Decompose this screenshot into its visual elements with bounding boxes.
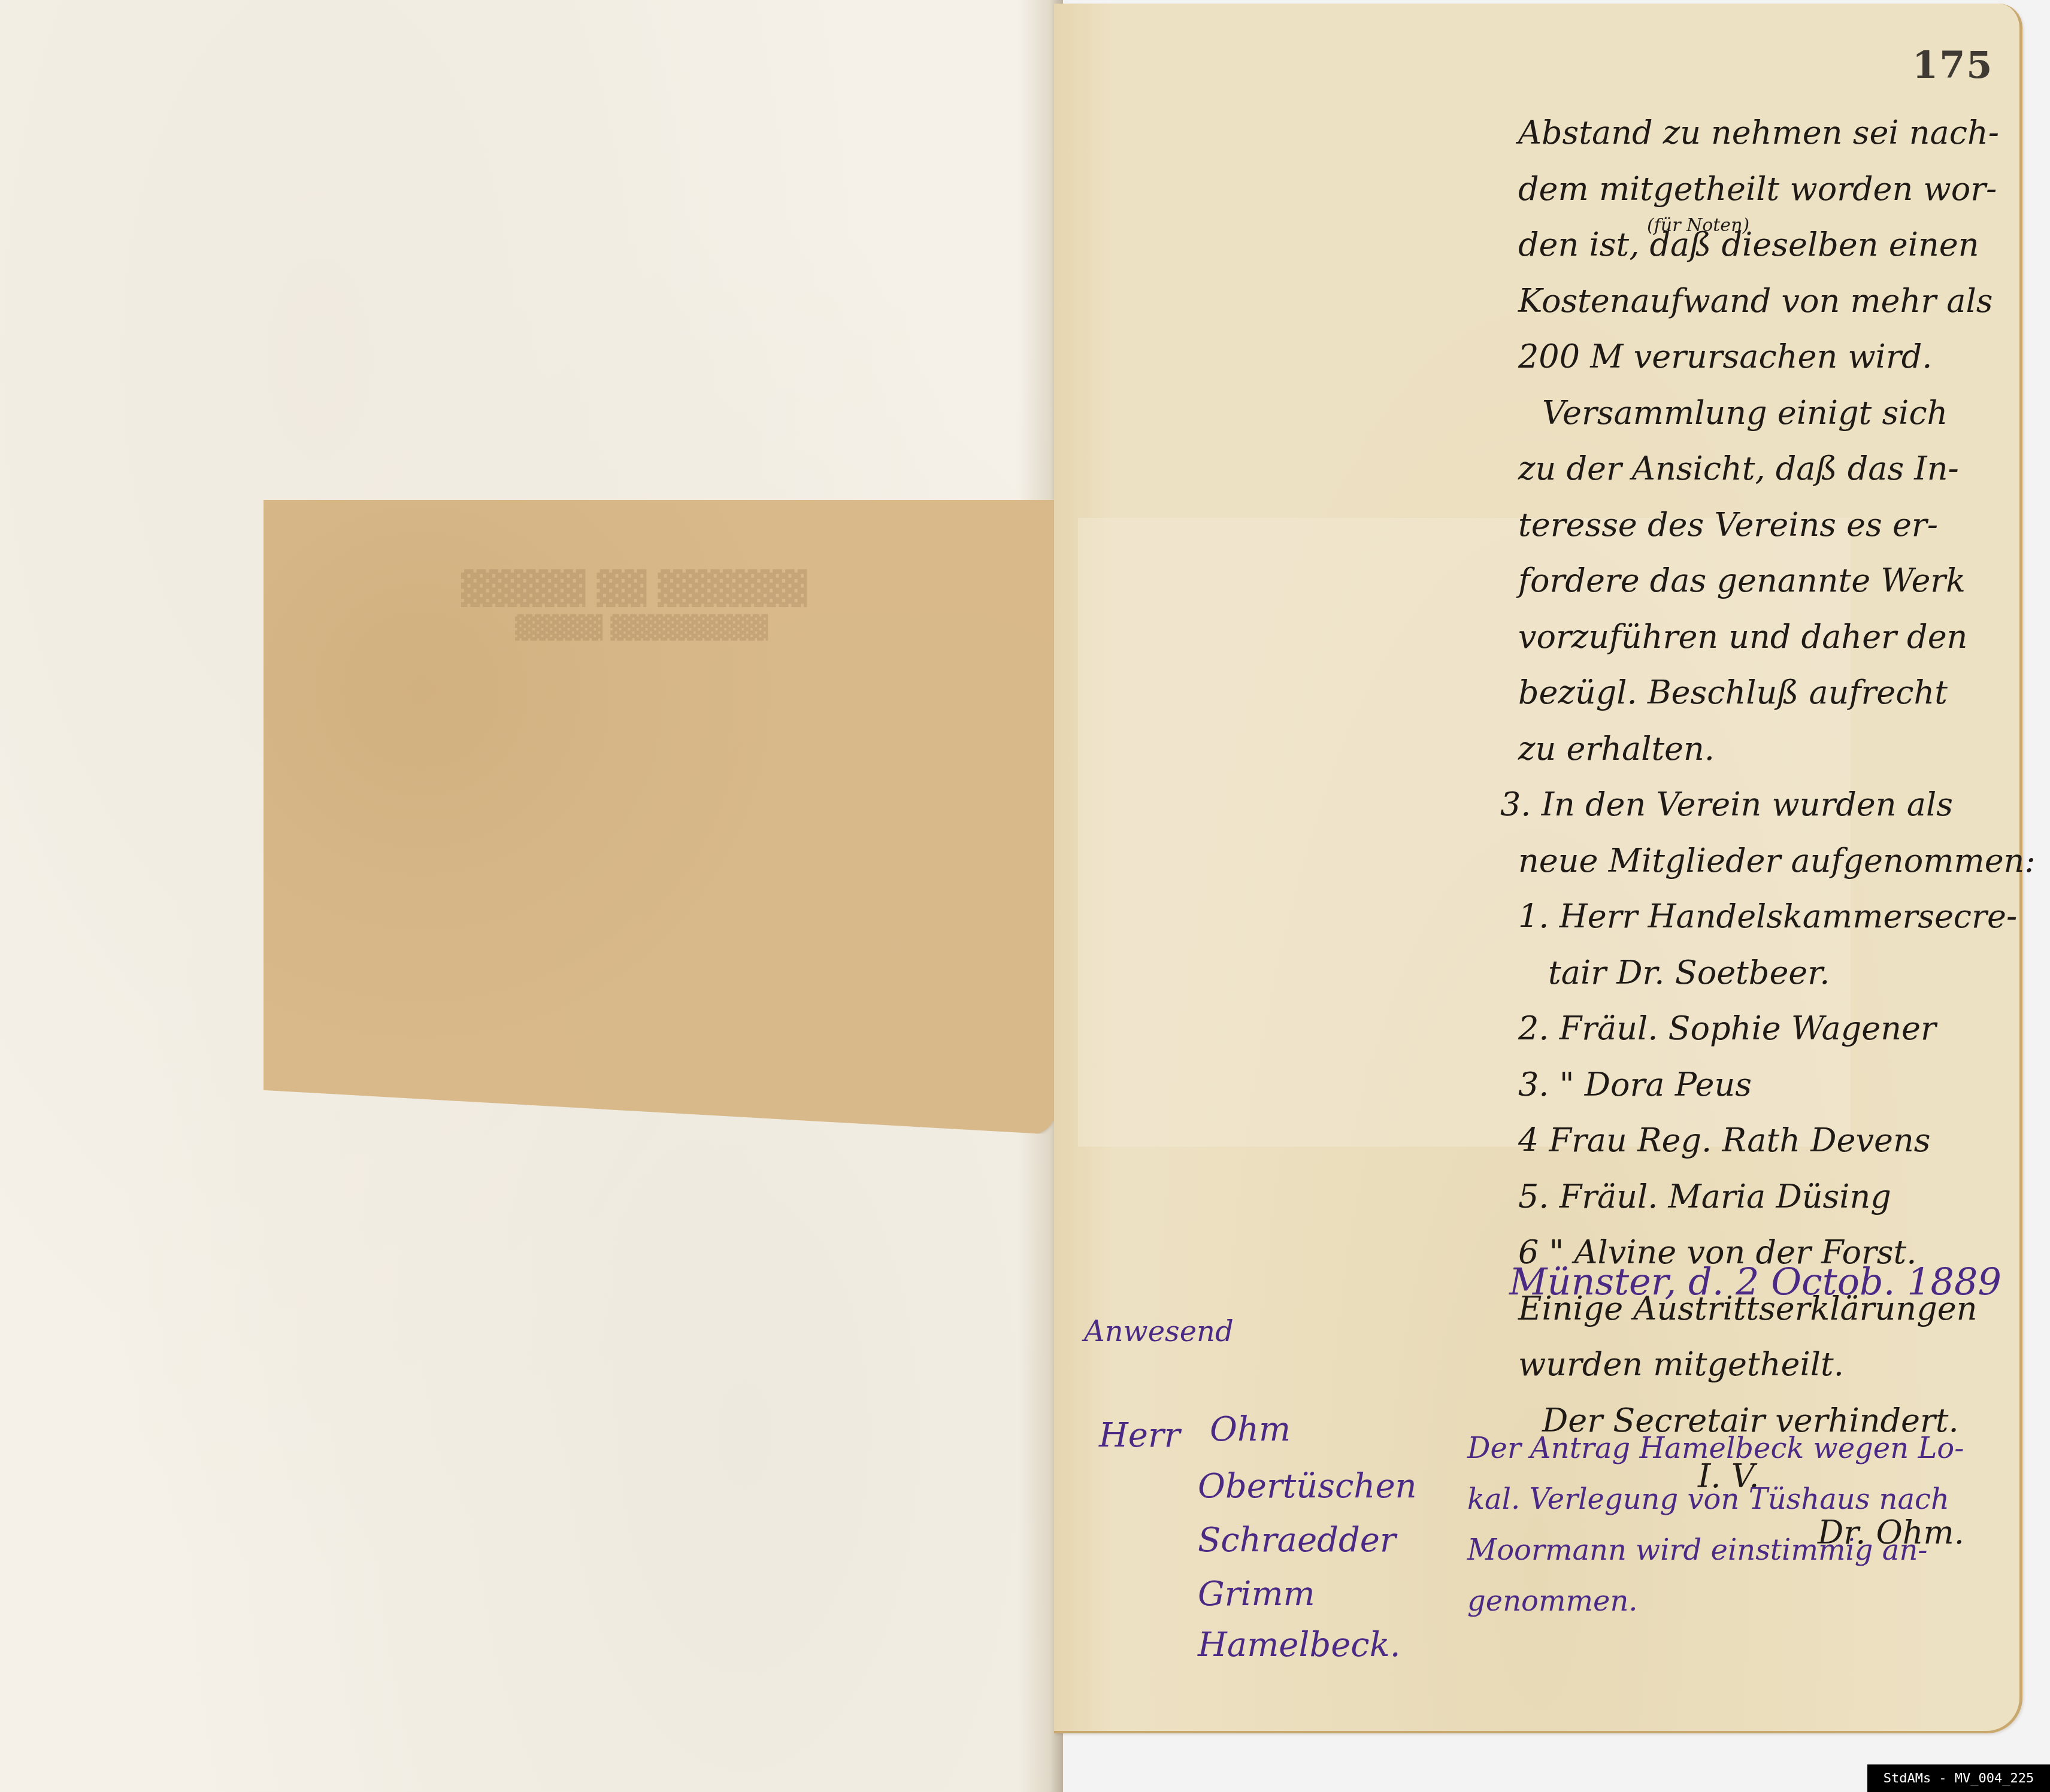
text-line: Abstand zu nehmen sei nach- bbox=[1518, 117, 2036, 173]
attendee-name: Ohm bbox=[1210, 1413, 1291, 1447]
interlinear-insertion: (für Noten) bbox=[1647, 217, 1749, 235]
attendee-name: Schraedder bbox=[1198, 1524, 1396, 1557]
text-line: teresse des Vereins es er- bbox=[1518, 509, 2036, 565]
member-entry-cont: tair Dr. Soetbeer. bbox=[1518, 957, 2036, 1013]
member-entry: 2. Fräul. Sophie Wagener bbox=[1518, 1012, 2036, 1069]
pasted-paper-slip: ▓▓▓▓▓ ▓▓ ▓▓▓▓▓▓ ▓▓▓▓▓ ▓▓▓▓▓▓▓▓▓ bbox=[264, 500, 1055, 1135]
text-line: fordere das genannte Werk bbox=[1518, 565, 2036, 621]
attendance-prefix: Herr bbox=[1099, 1419, 1180, 1453]
attendee-name: Obertüschen bbox=[1198, 1470, 1417, 1503]
text-line: neue Mitglieder aufgenommen: bbox=[1518, 845, 2036, 901]
text-line: Versammlung einigt sich bbox=[1518, 397, 2036, 453]
text-line: 200 M verursachen wird. bbox=[1518, 341, 2036, 397]
archive-id-label: StdAMs - MV_004_225 bbox=[1867, 1764, 2050, 1792]
text-line: wurden mitgetheilt. bbox=[1518, 1348, 2036, 1405]
text-line: den ist, daß dieselben einen bbox=[1518, 229, 2036, 285]
slip-ghost-subheading: ▓▓▓▓▓ ▓▓▓▓▓▓▓▓▓ bbox=[515, 614, 768, 641]
text-line: kal. Verlegung von Tüshaus nach bbox=[1467, 1485, 1964, 1536]
text-line: zu erhalten. bbox=[1518, 733, 2036, 789]
attendee-name: Grimm bbox=[1198, 1578, 1315, 1611]
slip-ghost-heading: ▓▓▓▓▓ ▓▓ ▓▓▓▓▓▓ bbox=[461, 569, 807, 607]
member-entry: 4 Frau Reg. Rath Devens bbox=[1518, 1124, 2036, 1181]
text-line: Kostenaufwand von mehr als bbox=[1518, 285, 2036, 341]
attendance-label: Anwesend bbox=[1084, 1317, 1234, 1346]
date-line: Münster, d. 2 Octob. 1889 bbox=[1509, 1263, 2001, 1300]
agenda-item-3: 3. In den Verein wurden als bbox=[1500, 789, 2036, 845]
text-line: zu der Ansicht, daß das In- bbox=[1518, 453, 2036, 509]
text-line: Der Antrag Hamelbeck wegen Lo- bbox=[1467, 1434, 1964, 1485]
attendee-name: Hamelbeck. bbox=[1198, 1629, 1400, 1662]
text-line: bezügl. Beschluß aufrecht bbox=[1518, 677, 2036, 733]
text-line: Moormann wird einstimmig an- bbox=[1467, 1536, 1964, 1587]
page-number: 175 bbox=[1912, 43, 1993, 87]
minutes-text-block: Abstand zu nehmen sei nach- dem mitgethe… bbox=[1518, 117, 2036, 1572]
member-entry: 5. Fräul. Maria Düsing bbox=[1518, 1181, 2036, 1237]
resolution-block: Der Antrag Hamelbeck wegen Lo- kal. Verl… bbox=[1467, 1434, 1964, 1638]
text-line: vorzuführen und daher den bbox=[1518, 621, 2036, 677]
text-line: genommen. bbox=[1467, 1587, 1964, 1638]
member-entry: 3. " Dora Peus bbox=[1518, 1069, 2036, 1125]
text-line: dem mitgetheilt worden wor- bbox=[1518, 173, 2036, 229]
member-entry: 1. Herr Handelskammersecre- bbox=[1518, 900, 2036, 957]
